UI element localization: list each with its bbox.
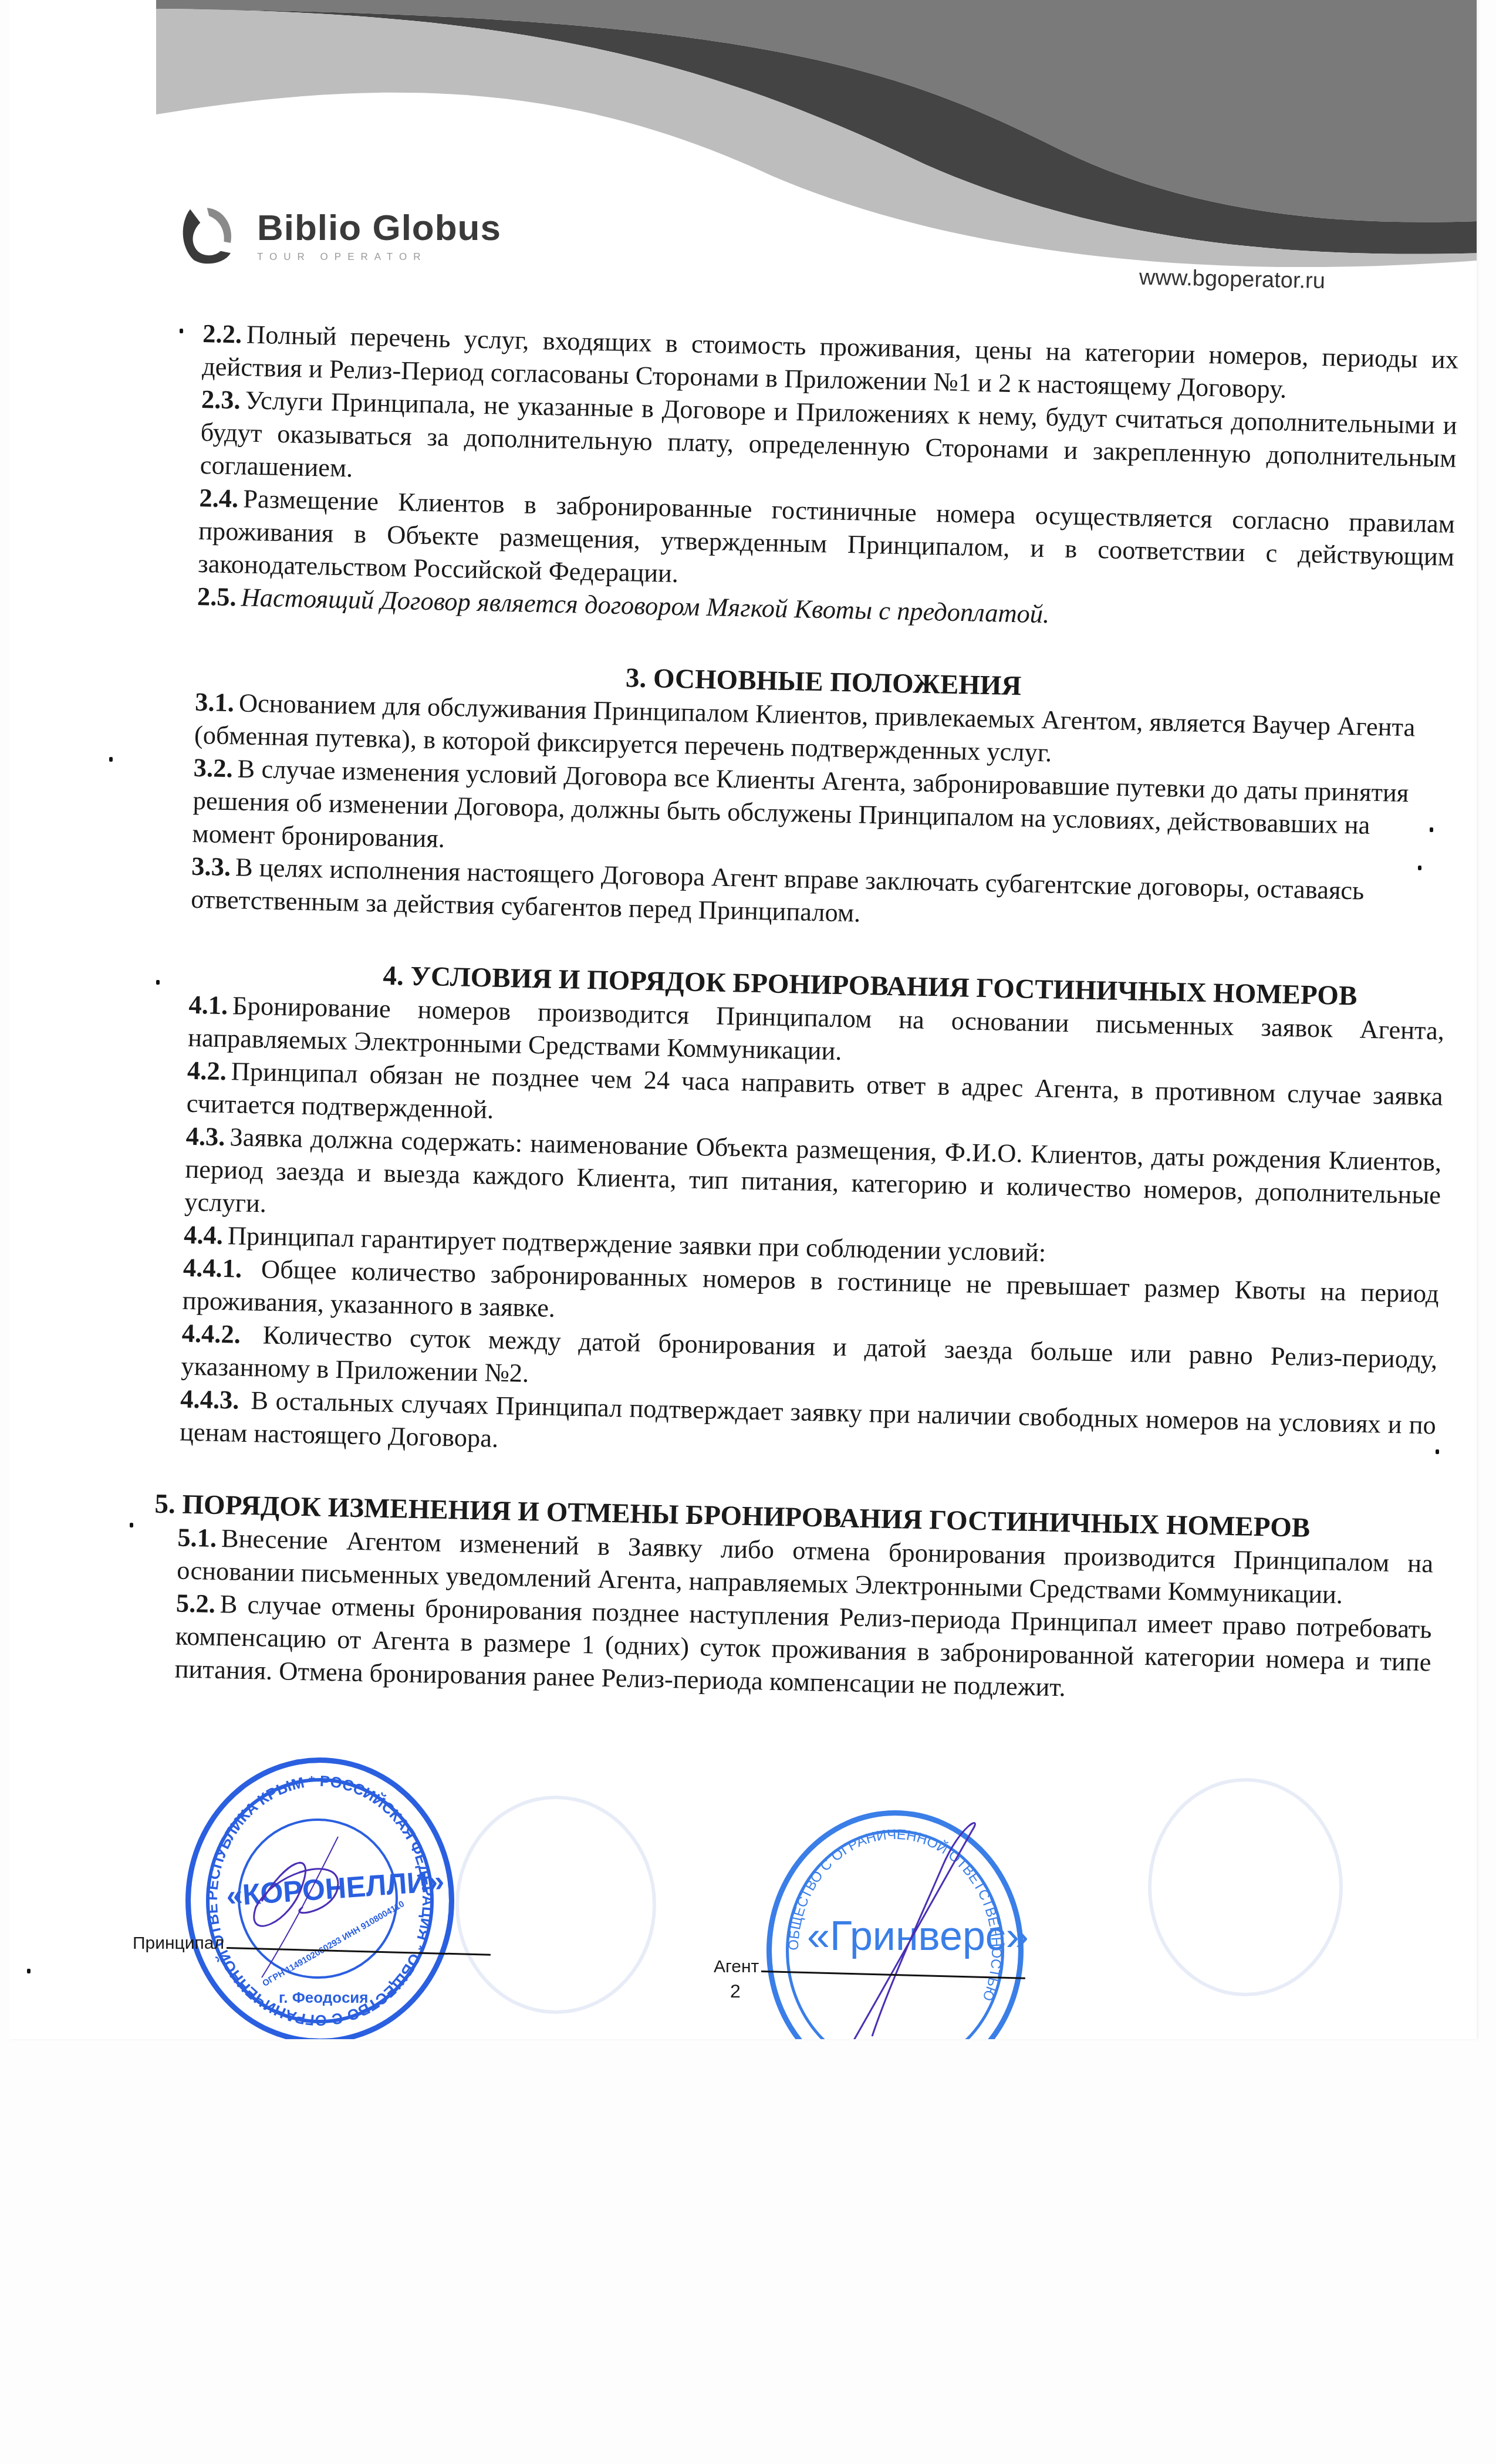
signature-block: Принципал Агент [133,1934,1130,2022]
principal-signature-line [227,1947,491,1956]
scanned-page: Biblio Globus TOUR OPERATOR www.bgoperat… [9,0,1477,2039]
brand-tagline: TOUR OPERATOR [257,251,501,263]
contract-body: 2.2.Полный перечень услуг, входящих в ст… [174,317,1458,1711]
brand-name: Biblio Globus [257,210,501,246]
scan-speck [180,329,183,333]
agent-signature-line [761,1970,1025,1979]
section-2: 2.2.Полный перечень услуг, входящих в ст… [197,317,1458,639]
website-url: www.bgoperator.ru [1139,265,1326,295]
scan-speck [156,980,160,985]
biblio-globus-logo-icon [177,202,244,270]
scan-speck [1430,827,1433,832]
page-number: 2 [730,1980,741,2002]
scan-speck [130,1523,133,1527]
principal-label: Принципал [133,1934,224,1953]
scan-speck [27,1969,31,1973]
agent-label: Агент [714,1957,759,1976]
scan-speck [109,757,113,762]
agent-signature: Агент [714,1957,1025,1977]
section-4: 4. УСЛОВИЯ И ПОРЯДОК БРОНИРОВАНИЯ ГОСТИН… [180,955,1446,1475]
section-5: 5. ПОРЯДОК ИЗМЕНЕНИЯ И ОТМЕНЫ БРОНИРОВАН… [174,1488,1434,1712]
section-3: 3. ОСНОВНЫЕ ПОЛОЖЕНИЯ 3.1.Основанием для… [191,653,1452,942]
principal-signature: Принципал [133,1934,491,1953]
scan-speck [1418,866,1421,870]
brand-logo: Biblio Globus TOUR OPERATOR [177,202,501,270]
scan-speck [1436,1449,1439,1454]
